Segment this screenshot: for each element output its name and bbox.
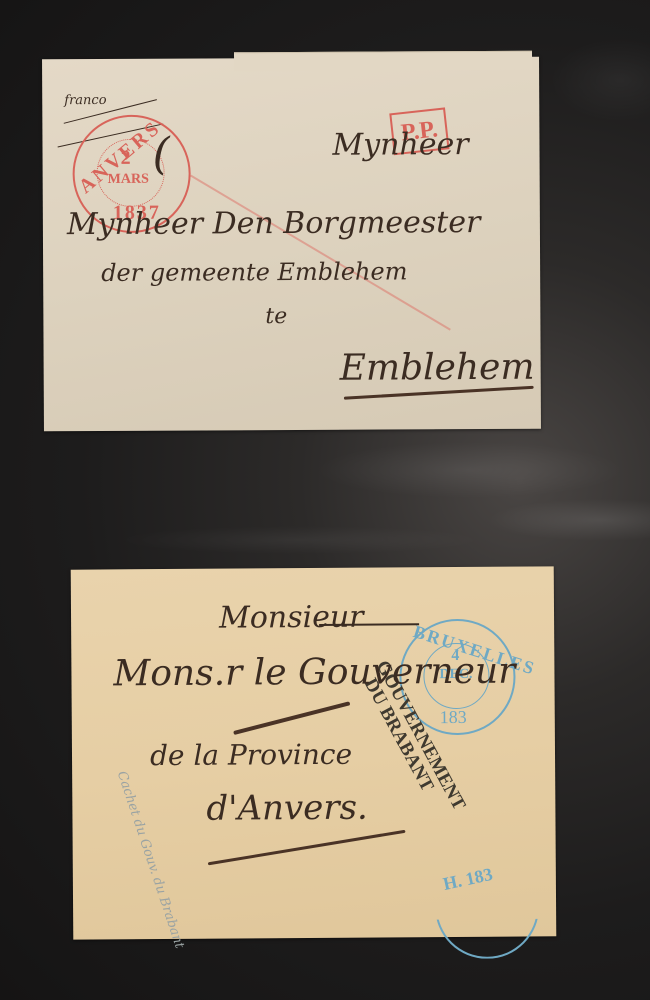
red-crayon-line	[190, 175, 451, 331]
postmark-year: 183	[440, 707, 467, 728]
pencil-note: Cachet du Gouv. du Brabant	[114, 769, 187, 950]
letter-anvers-1837: franco ANVERS 2 MARS 1837 P.P. ( Mynheer…	[42, 57, 541, 432]
postmark-day: 2	[120, 147, 130, 170]
salutation-line	[319, 623, 419, 626]
address-salutation: Mynheer	[332, 127, 468, 163]
address-recipient: Mynheer Den Borgmeester	[67, 205, 481, 242]
manuscript-franco: franco	[64, 93, 106, 108]
address-town: Emblehem	[340, 347, 535, 389]
arrival-postmark-text: H. 183	[441, 864, 494, 895]
flourish	[233, 701, 350, 735]
address-te: te	[265, 304, 287, 329]
address-salutation: Monsieur	[219, 600, 364, 636]
letter-bruxelles: BRUXELLES 4 DEC. 183 H. 183 GOUVERNEMENT…	[71, 566, 557, 939]
underline-flourish	[208, 830, 406, 866]
address-recipient: Mons.r le Gouverneur	[113, 651, 515, 695]
address-province: de la Province	[150, 738, 352, 772]
address-city: d'Anvers.	[206, 788, 368, 829]
flourish-c: (	[152, 129, 169, 180]
letter-flap	[234, 51, 532, 72]
postmark-month: MARS	[108, 172, 149, 188]
address-municipality: der gemeente Emblehem	[101, 257, 407, 287]
